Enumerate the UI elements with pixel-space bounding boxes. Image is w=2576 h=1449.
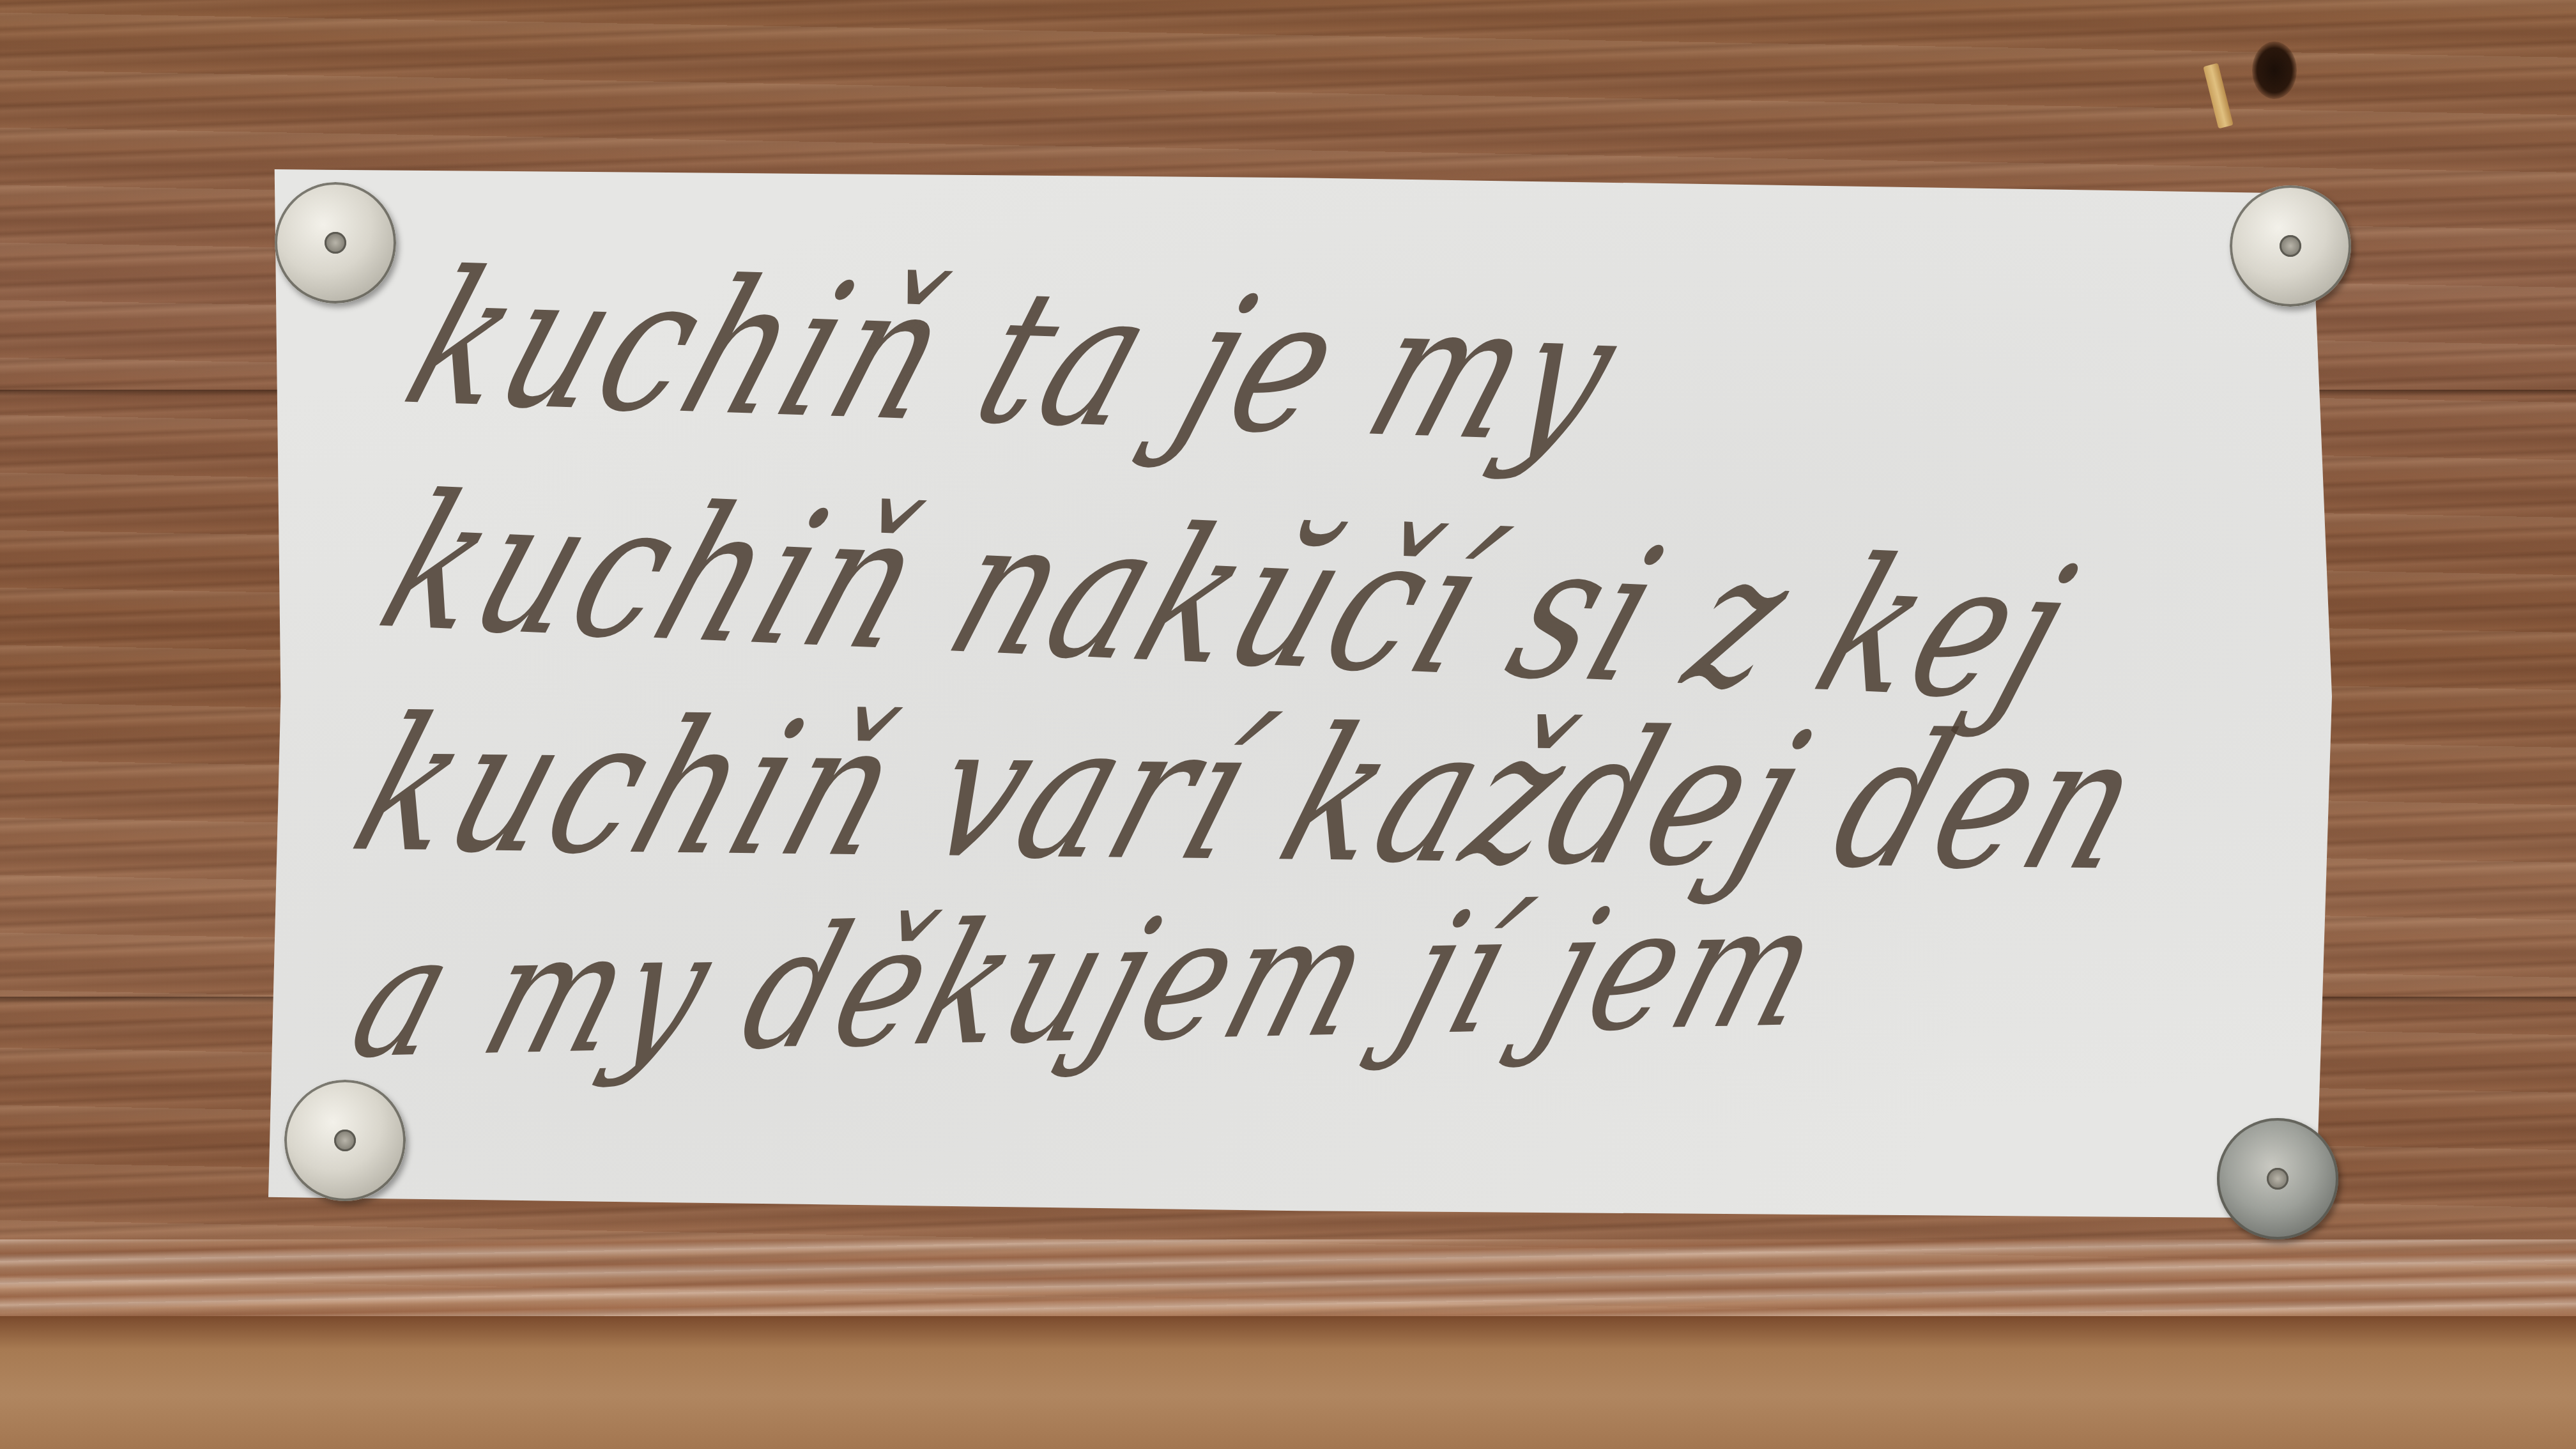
lower-wooden-plank xyxy=(0,1316,2576,1449)
pin-top-left-icon xyxy=(275,182,396,303)
note-line-1: kuchiň ta je my xyxy=(383,232,1645,484)
pin-bottom-left-icon xyxy=(284,1080,406,1201)
pin-bottom-right-icon xyxy=(2217,1118,2338,1239)
pin-top-right-icon xyxy=(2230,185,2351,307)
weathered-wood-band xyxy=(0,1239,2576,1316)
wood-knot-hole xyxy=(2252,42,2297,99)
note-line-4: a my děkujem jí jem xyxy=(332,869,1843,1096)
note-line-3: kuchiň varí každej den xyxy=(332,679,2168,912)
